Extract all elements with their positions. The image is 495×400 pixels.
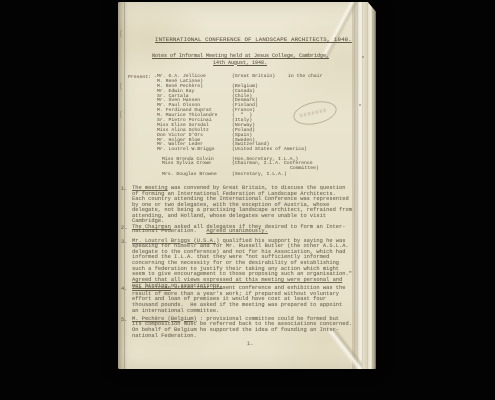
paragraph-body: The Chairman asked all delegates if they… (132, 225, 364, 235)
paragraph-body: Mr. Loutrel Briggs (U.S.A.) qualified hi… (132, 239, 364, 290)
paragraph: 5.M. Pechère (Belgium) : provisional com… (118, 317, 364, 341)
paragraph-number: 4. (121, 286, 127, 292)
paragraph-number: 5. (121, 317, 127, 323)
paragraph-body: The meeting was convened by Great Britai… (132, 186, 364, 225)
paragraph-line: national Federation. (132, 334, 364, 340)
paragraph-number: 1. (121, 186, 127, 192)
paragraph-body: The Chairman stated that present confere… (132, 286, 364, 315)
paragraph-body: M. Pechère (Belgium) : provisional commi… (132, 317, 364, 341)
paragraph: 3.Mr. Loutrel Briggs (U.S.A.) qualified … (118, 239, 364, 290)
paragraph-number: 2. (121, 225, 127, 231)
minutes-paragraphs: 1.The meeting was convened by Great Brit… (118, 2, 376, 369)
paragraph-line: national Federation. Agreed unanimously. (132, 229, 364, 234)
scan-background: INTERNATIONAL CONFERENCE OF LANDSCAPE AR… (0, 0, 495, 400)
page-number: 1. (247, 341, 253, 347)
paragraph: 4.The Chairman stated that present confe… (118, 286, 364, 315)
paragraph: 1.The meeting was convened by Great Brit… (118, 186, 364, 225)
underlined-text: The Chairman (132, 285, 171, 291)
paragraph-number: 3. (121, 239, 127, 245)
paragraph-line: an international committee. (132, 309, 364, 315)
paragraph: 2.The Chairman asked all delegates if th… (118, 225, 364, 235)
document-page: INTERNATIONAL CONFERENCE OF LANDSCAPE AR… (118, 2, 376, 369)
underlined-text: Agreed unanimously. (206, 228, 267, 234)
